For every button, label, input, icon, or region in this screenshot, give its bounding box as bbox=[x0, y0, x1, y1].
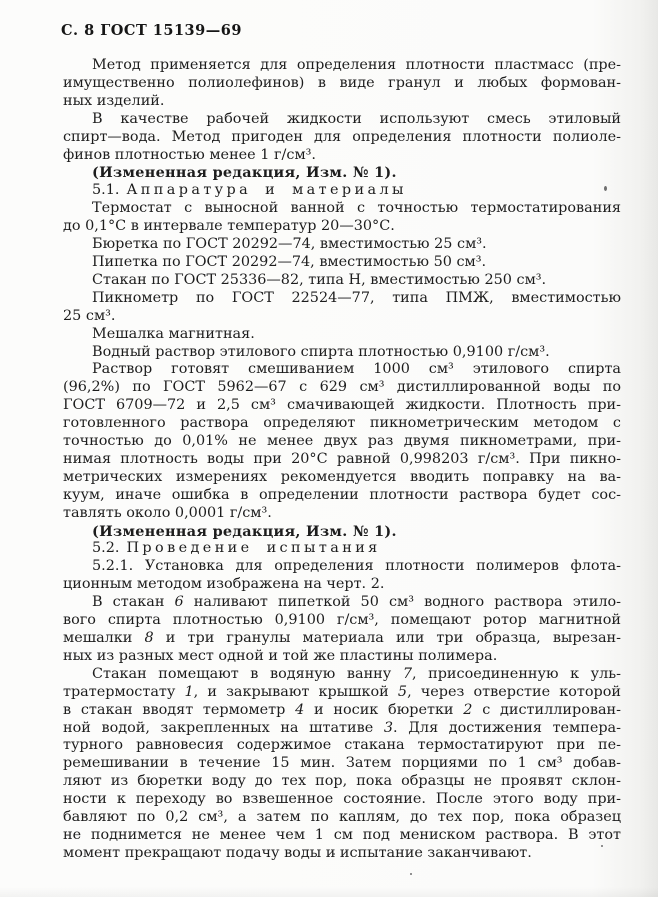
paragraph: Пикнометр по ГОСТ 22524—77, типа ПМЖ, вм… bbox=[63, 290, 621, 326]
text-line: в стакан вводят термометр 4 и носик бюре… bbox=[63, 702, 621, 720]
amendment-note: (Измененная редакция, Изм. № 1). bbox=[63, 164, 621, 182]
text-line: 5.2.1. Установка для определения плотнос… bbox=[63, 558, 621, 576]
paragraph: Бюретка по ГОСТ 20292—74, вместимостью 2… bbox=[63, 236, 621, 254]
text-line: Водный раствор этилового спирта плотност… bbox=[63, 344, 621, 362]
paragraph: 5.2.1. Установка для определения плотнос… bbox=[63, 558, 621, 594]
paragraph: В стакан 6 наливают пипеткой 50 см³ водн… bbox=[63, 594, 621, 666]
text-line: (Измененная редакция, Изм. № 1). bbox=[63, 164, 621, 182]
text-line: не поднимется не менее чем 1 см под мени… bbox=[63, 827, 621, 845]
text-line: момент прекращают подачу воды и испытани… bbox=[63, 845, 621, 863]
paragraph: Термостат с выносной ванной с точностью … bbox=[63, 200, 621, 236]
text-line: Стакан по ГОСТ 25336—82, типа Н, вместим… bbox=[63, 272, 621, 290]
text-line: ремешивании в течение 15 мин. Затем порц… bbox=[63, 755, 621, 773]
text-line: ности к переходу во взвешенное состояние… bbox=[63, 791, 621, 809]
paragraph: Стакан по ГОСТ 25336—82, типа Н, вместим… bbox=[63, 272, 621, 290]
paragraph: Водный раствор этилового спирта плотност… bbox=[63, 344, 621, 362]
text-line: ляют из бюретки воду до тех пор, пока об… bbox=[63, 773, 621, 791]
paragraph: Пипетка по ГОСТ 20292—74, вместимостью 5… bbox=[63, 254, 621, 272]
text-line: тратермостату 1, и закрывают крышкой 5, … bbox=[63, 684, 621, 702]
text-line: 25 см³. bbox=[63, 308, 621, 326]
text-line: готовленного раствора определяют пикноме… bbox=[63, 415, 621, 433]
text-line: ных изделий. bbox=[63, 93, 621, 111]
section-heading: 5.1.Аппаратура и материалы bbox=[63, 182, 621, 200]
text-line: куум, иначе ошибка в определении плотнос… bbox=[63, 487, 621, 505]
section-title: Проведение испытания bbox=[126, 540, 380, 556]
text-line: Термостат с выносной ванной с точностью … bbox=[63, 200, 621, 218]
section-number: 5.1. bbox=[92, 182, 119, 198]
text-line: финов плотностью менее 1 г/см³. bbox=[63, 147, 621, 165]
text-line: ной водой, закрепленных на штативе 3. Дл… bbox=[63, 720, 621, 738]
text-line: имущественно полиолефинов) в виде гранул… bbox=[63, 75, 621, 93]
text-line: Пипетка по ГОСТ 20292—74, вместимостью 5… bbox=[63, 254, 621, 272]
section-title: Аппаратура и материалы bbox=[126, 182, 406, 198]
section-number: 5.2. bbox=[92, 540, 119, 556]
text-line: спирт—вода. Метод пригоден для определен… bbox=[63, 129, 621, 147]
text-line: Метод применяется для определения плотно… bbox=[63, 57, 621, 75]
section-heading: 5.2.Проведение испытания bbox=[63, 540, 621, 558]
paragraph: Мешалка магнитная. bbox=[63, 326, 621, 344]
paragraph: Стакан помещают в водяную ванну 7, присо… bbox=[63, 666, 621, 863]
text-line: до 0,1°С в интервале температур 20—30°С. bbox=[63, 218, 621, 236]
text-line: (Измененная редакция, Изм. № 1). bbox=[63, 523, 621, 541]
text-line: В стакан 6 наливают пипеткой 50 см³ водн… bbox=[63, 594, 621, 612]
document-body: Метод применяется для определения плотно… bbox=[63, 57, 621, 863]
text-line: Бюретка по ГОСТ 20292—74, вместимостью 2… bbox=[63, 236, 621, 254]
text-line: ГОСТ 6709—72 и 2,5 см³ смачивающей жидко… bbox=[63, 397, 621, 415]
paragraph: Раствор готовят смешиванием 1000 см³ эти… bbox=[63, 361, 621, 522]
text-line: турного равновесия содержимое стакана те… bbox=[63, 737, 621, 755]
paragraph: В качестве рабочей жидкости используют с… bbox=[63, 111, 621, 165]
scan-speck bbox=[333, 853, 335, 855]
scan-speck bbox=[601, 845, 603, 847]
text-line: ных из разных мест одной и той же пласти… bbox=[63, 648, 621, 666]
text-line: В качестве рабочей жидкости используют с… bbox=[63, 111, 621, 129]
amendment-note: (Измененная редакция, Изм. № 1). bbox=[63, 523, 621, 541]
text-line: Пикнометр по ГОСТ 22524—77, типа ПМЖ, вм… bbox=[63, 290, 621, 308]
scanned-page: С. 8 ГОСТ 15139—69 Метод применяется для… bbox=[0, 0, 658, 897]
text-line: вого спирта плотностью 0,9100 г/см³, пом… bbox=[63, 612, 621, 630]
scan-speck bbox=[604, 186, 607, 191]
text-line: (96,2%) по ГОСТ 5962—67 с 629 см³ дистил… bbox=[63, 379, 621, 397]
scan-speck bbox=[410, 873, 412, 875]
text-line: Раствор готовят смешиванием 1000 см³ эти… bbox=[63, 361, 621, 379]
text-line: точностью до 0,01% не менее двух раз дву… bbox=[63, 433, 621, 451]
text-line: нимая плотность воды при 20°С равной 0,9… bbox=[63, 451, 621, 469]
text-line: Мешалка магнитная. bbox=[63, 326, 621, 344]
page-header: С. 8 ГОСТ 15139—69 bbox=[61, 22, 242, 39]
text-line: мешалки 8 и три гранулы материала или тр… bbox=[63, 630, 621, 648]
text-line: Стакан помещают в водяную ванну 7, присо… bbox=[63, 666, 621, 684]
text-line: ционным методом изображена на черт. 2. bbox=[63, 576, 621, 594]
paragraph: Метод применяется для определения плотно… bbox=[63, 57, 621, 111]
text-line: метрических измерениях рекомендуется вво… bbox=[63, 469, 621, 487]
text-line: тавлять около 0,0001 г/см³. bbox=[63, 505, 621, 523]
text-line: бавляют по 0,2 см³, а затем по каплям, д… bbox=[63, 809, 621, 827]
